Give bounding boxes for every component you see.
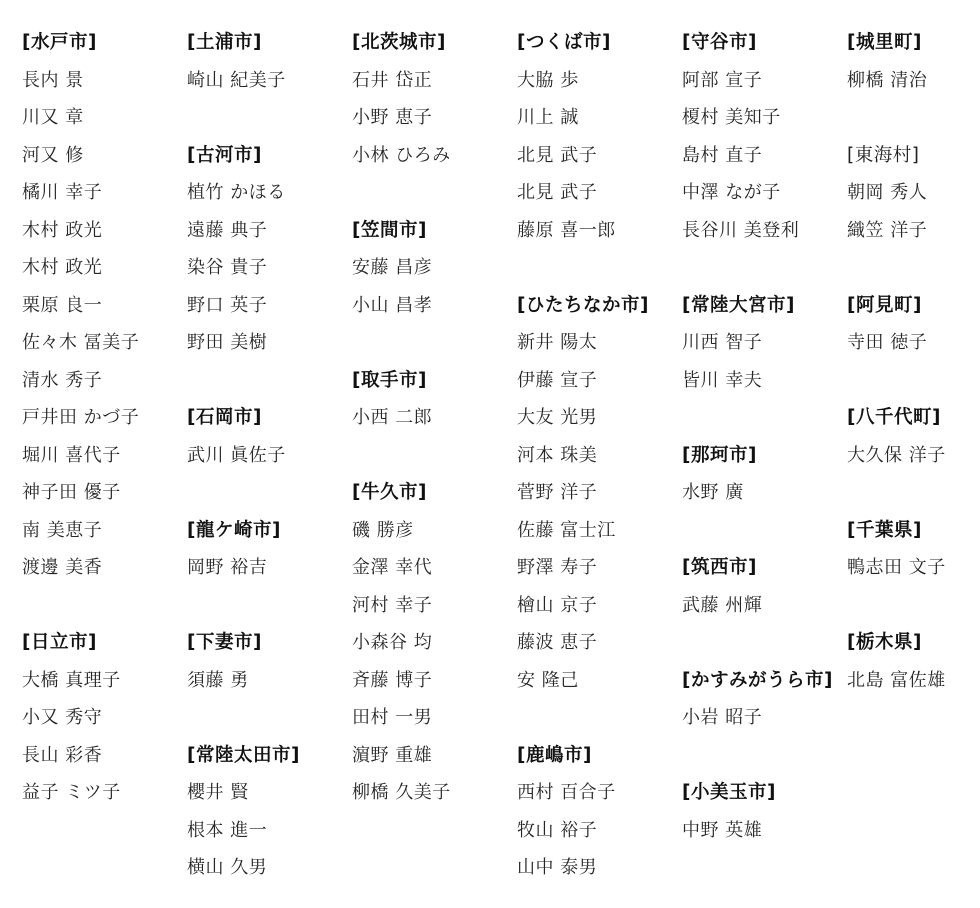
region-heading: [牛久市] [352,474,517,512]
spacer [352,437,517,475]
member-name: 橘川 幸子 [22,174,187,212]
member-roster-page: [水戸市]長内 景川又 章河又 修橘川 幸子木村 政光木村 政光栗原 良一佐々木… [0,0,980,908]
member-name: 安藤 昌彦 [352,249,517,287]
member-name: 安 隆己 [517,662,682,700]
member-name: 櫻井 賢 [187,774,352,812]
member-name: 菅野 洋子 [517,474,682,512]
spacer [22,587,187,625]
member-name: 水野 廣 [682,474,847,512]
region-heading: [石岡市] [187,399,352,437]
region-heading: [八千代町] [847,399,980,437]
member-name: 織笠 洋子 [847,212,980,250]
spacer [682,512,847,550]
spacer [847,249,980,287]
member-name: 榎村 美知子 [682,99,847,137]
member-name: 横山 久男 [187,849,352,887]
member-name: 武川 眞佐子 [187,437,352,475]
member-name: 阿部 宣子 [682,62,847,100]
member-name: 田村 一男 [352,699,517,737]
spacer [682,249,847,287]
region-heading: [日立市] [22,624,187,662]
region-heading: [那珂市] [682,437,847,475]
spacer [187,99,352,137]
region-heading: [小美玉市] [682,774,847,812]
member-name: 川上 誠 [517,99,682,137]
member-name: 河又 修 [22,137,187,175]
member-name: 牧山 裕子 [517,812,682,850]
member-name: 斉藤 博子 [352,662,517,700]
member-name: 野澤 寿子 [517,549,682,587]
spacer [847,362,980,400]
member-name: 小西 二郎 [352,399,517,437]
region-heading: [常陸太田市] [187,737,352,775]
member-name: 小山 昌孝 [352,287,517,325]
region-heading: [鹿嶋市] [517,737,682,775]
member-name: 長山 彩香 [22,737,187,775]
member-name: 濵野 重雄 [352,737,517,775]
member-name: 崎山 紀美子 [187,62,352,100]
member-name: 寺田 徳子 [847,324,980,362]
member-name: 小林 ひろみ [352,137,517,175]
region-heading: [東海村] [847,137,980,175]
member-name: 柳橋 清治 [847,62,980,100]
member-name: 石井 岱正 [352,62,517,100]
member-name: 渡邊 美香 [22,549,187,587]
member-name: 北島 富佐雄 [847,662,980,700]
region-heading: [土浦市] [187,24,352,62]
member-name: 佐々木 冨美子 [22,324,187,362]
member-name: 佐藤 富士江 [517,512,682,550]
member-name: 北見 武子 [517,137,682,175]
member-name: 神子田 優子 [22,474,187,512]
spacer [352,324,517,362]
member-name: 根本 進一 [187,812,352,850]
member-name: 鴨志田 文子 [847,549,980,587]
spacer [187,362,352,400]
spacer [682,624,847,662]
spacer [517,699,682,737]
member-name: 新井 陽太 [517,324,682,362]
spacer [847,99,980,137]
region-heading: [水戸市] [22,24,187,62]
member-name: 河本 珠美 [517,437,682,475]
region-heading: [北茨城市] [352,24,517,62]
member-name: 木村 政光 [22,249,187,287]
member-name: 小又 秀守 [22,699,187,737]
member-name: 益子 ミツ子 [22,774,187,812]
member-name: 小森谷 均 [352,624,517,662]
spacer [187,699,352,737]
spacer [847,474,980,512]
region-heading: [下妻市] [187,624,352,662]
region-heading: [千葉県] [847,512,980,550]
member-name: 岡野 裕吉 [187,549,352,587]
member-name: 中澤 なが子 [682,174,847,212]
spacer [352,174,517,212]
member-name: 伊藤 宣子 [517,362,682,400]
roster-column: [城里町]柳橋 清治[東海村]朝岡 秀人織笠 洋子[阿見町]寺田 徳子[八千代町… [847,24,980,699]
spacer [847,587,980,625]
member-name: 野田 美樹 [187,324,352,362]
member-name: 大友 光男 [517,399,682,437]
member-name: 中野 英雄 [682,812,847,850]
member-name: 遠藤 典子 [187,212,352,250]
roster-column: [北茨城市]石井 岱正小野 恵子小林 ひろみ[笠間市]安藤 昌彦小山 昌孝[取手… [352,24,517,812]
region-heading: [筑西市] [682,549,847,587]
member-name: 藤原 喜一郎 [517,212,682,250]
member-name: 大橋 真理子 [22,662,187,700]
member-name: 大脇 歩 [517,62,682,100]
region-heading: [城里町] [847,24,980,62]
spacer [682,737,847,775]
member-name: 藤波 恵子 [517,624,682,662]
roster-column: [つくば市]大脇 歩川上 誠北見 武子北見 武子藤原 喜一郎[ひたちなか市]新井… [517,24,682,887]
spacer [682,399,847,437]
member-name: 須藤 勇 [187,662,352,700]
region-heading: [守谷市] [682,24,847,62]
member-name: 小岩 昭子 [682,699,847,737]
region-heading: [阿見町] [847,287,980,325]
spacer [187,587,352,625]
member-name: 朝岡 秀人 [847,174,980,212]
member-name: 川又 章 [22,99,187,137]
member-name: 皆川 幸夫 [682,362,847,400]
region-heading: [取手市] [352,362,517,400]
member-name: 柳橋 久美子 [352,774,517,812]
spacer [517,249,682,287]
region-heading: [常陸大宮市] [682,287,847,325]
member-name: 木村 政光 [22,212,187,250]
region-heading: [龍ケ崎市] [187,512,352,550]
member-name: 南 美恵子 [22,512,187,550]
member-name: 染谷 貴子 [187,249,352,287]
member-name: 小野 恵子 [352,99,517,137]
region-heading: [かすみがうら市] [682,662,847,700]
roster-column: [水戸市]長内 景川又 章河又 修橘川 幸子木村 政光木村 政光栗原 良一佐々木… [22,24,187,812]
member-name: 長内 景 [22,62,187,100]
spacer [187,474,352,512]
member-name: 長谷川 美登利 [682,212,847,250]
member-name: 堀川 喜代子 [22,437,187,475]
region-heading: [栃木県] [847,624,980,662]
member-name: 檜山 京子 [517,587,682,625]
member-name: 栗原 良一 [22,287,187,325]
member-name: 金澤 幸代 [352,549,517,587]
member-name: 河村 幸子 [352,587,517,625]
roster-column: [守谷市]阿部 宣子榎村 美知子島村 直子中澤 なが子長谷川 美登利[常陸大宮市… [682,24,847,849]
region-heading: [ひたちなか市] [517,287,682,325]
member-name: 島村 直子 [682,137,847,175]
region-heading: [つくば市] [517,24,682,62]
member-name: 西村 百合子 [517,774,682,812]
member-name: 植竹 かほる [187,174,352,212]
roster-column: [土浦市]崎山 紀美子[古河市]植竹 かほる遠藤 典子染谷 貴子野口 英子野田 … [187,24,352,887]
member-name: 磯 勝彦 [352,512,517,550]
member-name: 川西 智子 [682,324,847,362]
member-name: 武藤 州輝 [682,587,847,625]
member-name: 大久保 洋子 [847,437,980,475]
region-heading: [古河市] [187,137,352,175]
member-name: 北見 武子 [517,174,682,212]
member-name: 山中 泰男 [517,849,682,887]
member-name: 清水 秀子 [22,362,187,400]
region-heading: [笠間市] [352,212,517,250]
member-name: 戸井田 かづ子 [22,399,187,437]
member-name: 野口 英子 [187,287,352,325]
